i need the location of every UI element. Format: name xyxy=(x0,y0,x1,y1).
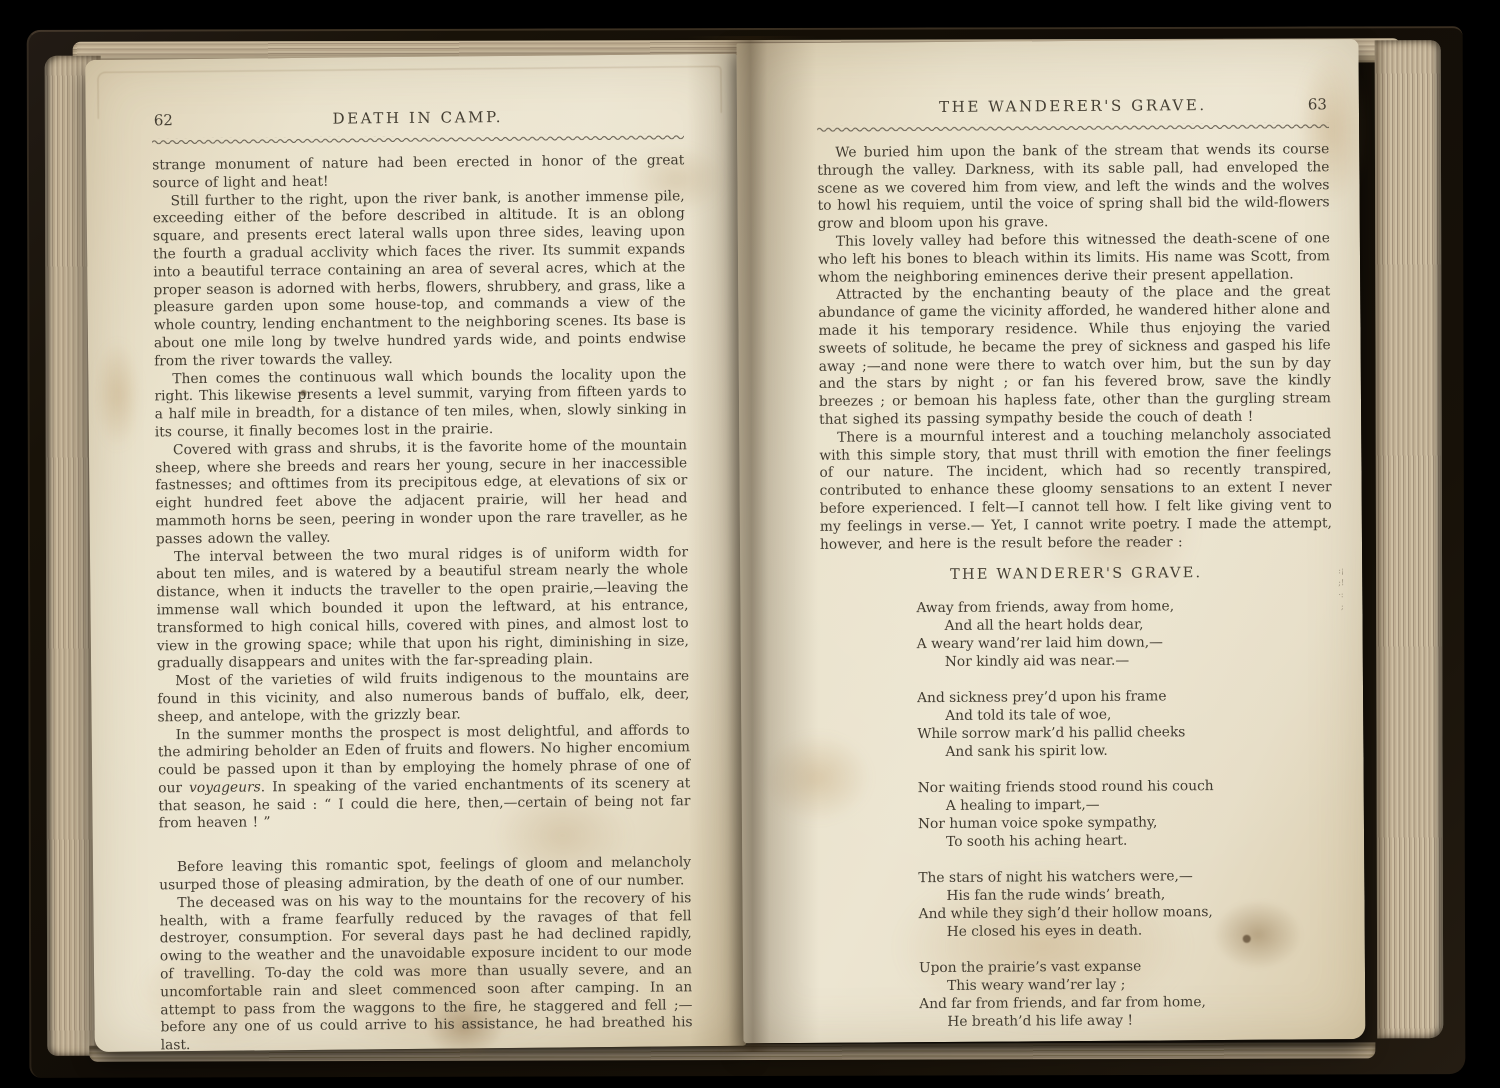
page-edges-right xyxy=(1375,40,1444,1038)
page-body: We buried him upon the bank of the strea… xyxy=(817,141,1332,554)
poem-stanza: And sickness prey’d upon his frame And t… xyxy=(917,687,1333,762)
right-page: :¡ ;! ·: ; THE WANDERER'S GRAVE. 63 We b… xyxy=(736,39,1365,1043)
poem-title: THE WANDERER'S GRAVE. xyxy=(820,565,1332,585)
poem-stanza: Away from friends, away from home, And a… xyxy=(916,597,1332,672)
paragraph: This lovely valley had before this witne… xyxy=(818,230,1330,287)
paragraph: strange monument of nature had been erec… xyxy=(152,152,684,193)
paragraph: The interval between the two mural ridge… xyxy=(156,544,689,674)
paragraph: In the summer months the prospect is mos… xyxy=(158,722,691,834)
photo-background: 62 DEATH IN CAMP. strange monument of na… xyxy=(0,0,1500,1088)
page-number: 62 xyxy=(154,111,173,129)
poem-line: And sank his spirit low. xyxy=(917,741,1333,762)
paragraph: Before leaving this romantic spot, feeli… xyxy=(159,855,691,896)
page-number: 63 xyxy=(1308,95,1327,113)
paragraph: Then comes the continuous wall which bou… xyxy=(154,366,687,442)
running-head: DEATH IN CAMP. xyxy=(152,106,684,129)
paragraph: The deceased was on his way to the mount… xyxy=(159,890,693,1055)
poem-stanza: Upon the prairie’s vast expanse This wea… xyxy=(919,957,1335,1032)
wavy-rule xyxy=(152,133,684,144)
page-body: strange monument of nature had been erec… xyxy=(152,152,693,1055)
poem-line: Nor kindly aid was near.— xyxy=(917,651,1333,672)
paragraph: Still further to the right, upon the riv… xyxy=(153,188,687,371)
paragraph: Attracted by the enchanting beauty of th… xyxy=(818,284,1331,430)
paragraph: Covered with grass and shrubs, it is the… xyxy=(155,437,688,549)
poem-line: To sooth his aching heart. xyxy=(918,831,1334,852)
paragraph: We buried him upon the bank of the strea… xyxy=(817,141,1330,234)
poem: THE WANDERER'S GRAVE. Away from friends,… xyxy=(820,565,1335,1033)
poem-stanza: Nor waiting friends stood round his couc… xyxy=(918,777,1334,852)
running-head: THE WANDERER'S GRAVE. xyxy=(817,95,1329,117)
paragraph: There is a mournful interest and a touch… xyxy=(819,426,1332,554)
paragraph: Most of the varieties of wild fruits ind… xyxy=(157,668,689,726)
page-header: THE WANDERER'S GRAVE. 63 xyxy=(817,95,1329,121)
poem-stanza: The stars of night his watchers were,— H… xyxy=(918,867,1334,942)
book: 62 DEATH IN CAMP. strange monument of na… xyxy=(27,26,1466,1078)
left-page: 62 DEATH IN CAMP. strange monument of na… xyxy=(85,54,746,1052)
poem-line: He breath’d his life away ! xyxy=(919,1011,1335,1032)
italic-word: voyageurs xyxy=(189,779,261,796)
page-header: 62 DEATH IN CAMP. xyxy=(152,106,684,133)
wavy-rule xyxy=(817,122,1329,132)
poem-line: He closed his eyes in death. xyxy=(919,921,1335,942)
